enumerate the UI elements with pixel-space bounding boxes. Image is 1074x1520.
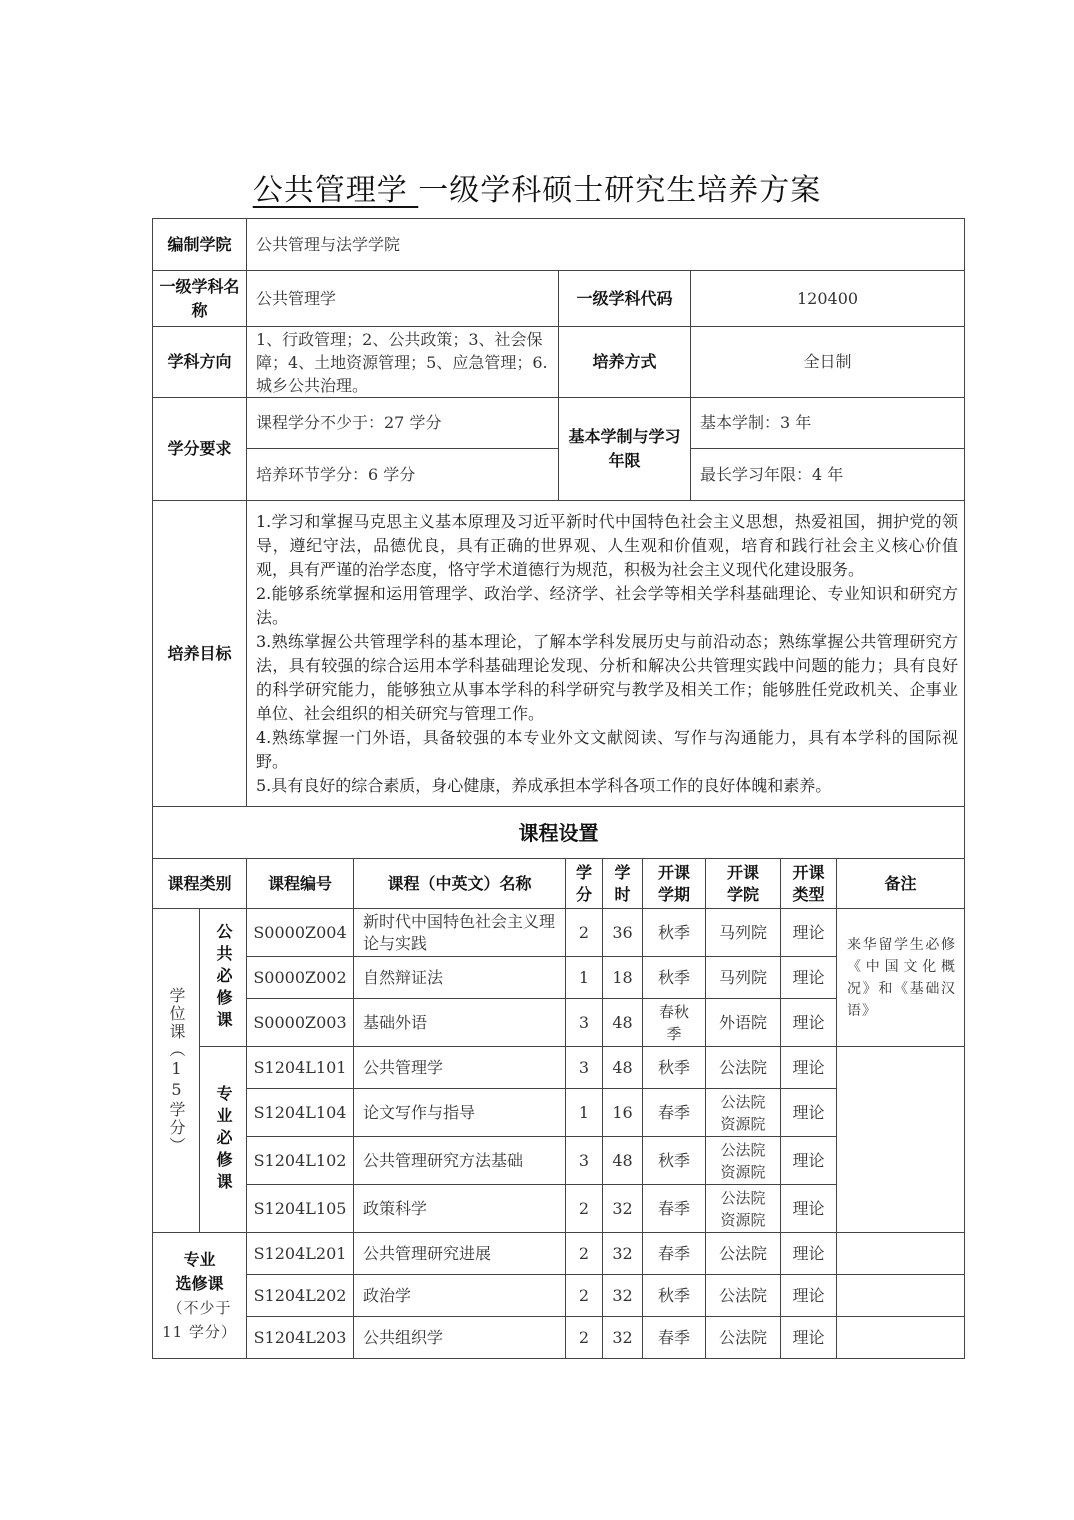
public-course-remark: 来华留学生必修《中国文化概况》和《基础汉语》 — [837, 909, 965, 1047]
public-required-label: 公共必修课 — [211, 918, 235, 1038]
course-type: 理论 — [781, 957, 837, 999]
course-type: 理论 — [781, 1089, 837, 1137]
course-term: 春季 — [643, 1089, 706, 1137]
course-college: 马列院 — [706, 957, 781, 999]
course-type: 理论 — [781, 1185, 837, 1233]
info-table: 编制学院 公共管理与法学学院 一级学科名称 公共管理学 一级学科代码 12040… — [152, 218, 965, 807]
course-college: 公法院 — [706, 1233, 781, 1275]
course-credit: 2 — [566, 1233, 603, 1275]
course-name: 公共管理研究方法基础 — [354, 1137, 566, 1185]
goal-item: 5.具有良好的综合素质，身心健康，养成承担本学科各项工作的良好体魄和素养。 — [247, 774, 964, 798]
course-hours: 32 — [603, 1317, 643, 1359]
discipline-name-value: 公共管理学 — [247, 271, 559, 327]
elective-label-line2: 选修课 — [153, 1272, 246, 1296]
discipline-code-value: 120400 — [691, 271, 965, 327]
degree-course-label: 学位课（15学分） — [164, 971, 188, 1171]
course-code: S1204L101 — [247, 1047, 354, 1089]
course-term: 春季 — [643, 1185, 706, 1233]
course-credit: 3 — [566, 1047, 603, 1089]
course-credit: 2 — [566, 1317, 603, 1359]
course-name: 自然辩证法 — [354, 957, 566, 999]
course-table: 课程设置 课程类别 课程编号 课程（中英文）名称 学分 学时 开课学期 开课学院… — [152, 806, 965, 1359]
duration-max-value: 最长学习年限：4 年 — [691, 449, 965, 501]
course-type: 理论 — [781, 909, 837, 957]
public-required-group: 公共必修课 — [200, 909, 247, 1047]
degree-course-group: 学位课（15学分） — [153, 909, 200, 1233]
course-code: S0000Z004 — [247, 909, 354, 957]
course-remark — [837, 1317, 965, 1359]
elective-group: 专业 选修课 （不少于11 学分） — [153, 1233, 247, 1359]
goal-item: 4.熟练掌握一门外语，具备较强的本专业外文文献阅读、写作与沟通能力，具有本学科的… — [247, 726, 964, 774]
college-value: 公共管理与法学学院 — [247, 219, 965, 271]
credit-training-value: 培养环节学分：6 学分 — [247, 449, 559, 501]
course-term: 秋季 — [643, 957, 706, 999]
course-name: 新时代中国特色社会主义理论与实践 — [354, 909, 566, 957]
header-category: 课程类别 — [153, 859, 247, 909]
course-college: 公法院 资源院 — [706, 1089, 781, 1137]
course-type: 理论 — [781, 1233, 837, 1275]
course-name: 基础外语 — [354, 999, 566, 1047]
course-code: S1204L203 — [247, 1317, 354, 1359]
course-credit: 3 — [566, 1137, 603, 1185]
course-name: 公共管理研究进展 — [354, 1233, 566, 1275]
header-hours: 学时 — [603, 859, 643, 909]
goals-content: 1.学习和掌握马克思主义基本原理及习近平新时代中国特色社会主义思想，热爱祖国，拥… — [247, 501, 965, 807]
course-type: 理论 — [781, 1047, 837, 1089]
credit-label: 学分要求 — [153, 398, 247, 501]
college-label: 编制学院 — [153, 219, 247, 271]
duration-label: 基本学制与学习年限 — [559, 398, 691, 501]
direction-value: 1、行政管理；2、公共政策；3、社会保障；4、土地资源管理；5、应急管理；6.城… — [247, 327, 559, 398]
course-credit: 3 — [566, 999, 603, 1047]
course-code: S1204L104 — [247, 1089, 354, 1137]
course-code: S1204L201 — [247, 1233, 354, 1275]
table-row: S1204L203 公共组织学 2 32 春季 公法院 理论 — [153, 1317, 965, 1359]
course-credit: 2 — [566, 1275, 603, 1317]
direction-label: 学科方向 — [153, 327, 247, 398]
course-code: S1204L202 — [247, 1275, 354, 1317]
course-type: 理论 — [781, 1275, 837, 1317]
header-name: 课程（中英文）名称 — [354, 859, 566, 909]
course-college: 马列院 — [706, 909, 781, 957]
elective-label-line1: 专业 — [153, 1248, 246, 1272]
header-code: 课程编号 — [247, 859, 354, 909]
course-credit: 1 — [566, 1089, 603, 1137]
course-code: S0000Z002 — [247, 957, 354, 999]
course-type: 理论 — [781, 999, 837, 1047]
major-required-remark — [837, 1047, 965, 1233]
header-term: 开课学期 — [643, 859, 706, 909]
course-hours: 18 — [603, 957, 643, 999]
course-college: 外语院 — [706, 999, 781, 1047]
mode-label: 培养方式 — [559, 327, 691, 398]
course-term: 春秋季 — [643, 999, 706, 1047]
course-type: 理论 — [781, 1317, 837, 1359]
course-remark — [837, 1275, 965, 1317]
elective-credit-note: （不少于11 学分） — [153, 1296, 246, 1344]
table-row: 专业 选修课 （不少于11 学分） S1204L201 公共管理研究进展 2 3… — [153, 1233, 965, 1275]
course-remark — [837, 1233, 965, 1275]
mode-value: 全日制 — [691, 327, 965, 398]
course-college: 公法院 资源院 — [706, 1185, 781, 1233]
table-row: S1204L202 政治学 2 32 秋季 公法院 理论 — [153, 1275, 965, 1317]
table-row: 学位课（15学分） 公共必修课 S0000Z004 新时代中国特色社会主义理论与… — [153, 909, 965, 957]
course-hours: 16 — [603, 1089, 643, 1137]
course-hours: 36 — [603, 909, 643, 957]
course-credit: 2 — [566, 909, 603, 957]
course-name: 政策科学 — [354, 1185, 566, 1233]
header-remark: 备注 — [837, 859, 965, 909]
duration-basic-value: 基本学制：3 年 — [691, 398, 965, 449]
header-type: 开课类型 — [781, 859, 837, 909]
course-name: 论文写作与指导 — [354, 1089, 566, 1137]
header-college: 开课学院 — [706, 859, 781, 909]
major-required-label: 专业必修课 — [211, 1080, 235, 1200]
course-code: S1204L102 — [247, 1137, 354, 1185]
goals-label: 培养目标 — [153, 501, 247, 807]
course-hours: 32 — [603, 1275, 643, 1317]
course-term: 秋季 — [643, 1275, 706, 1317]
course-code: S1204L105 — [247, 1185, 354, 1233]
table-row: 专业必修课 S1204L101 公共管理学 3 48 秋季 公法院 理论 — [153, 1047, 965, 1089]
course-college: 公法院 — [706, 1275, 781, 1317]
section-title: 课程设置 — [153, 807, 965, 859]
course-college: 公法院 — [706, 1047, 781, 1089]
discipline-code-label: 一级学科代码 — [559, 271, 691, 327]
course-term: 秋季 — [643, 909, 706, 957]
course-hours: 32 — [603, 1233, 643, 1275]
course-college: 公法院 — [706, 1317, 781, 1359]
course-code: S0000Z003 — [247, 999, 354, 1047]
course-name: 公共组织学 — [354, 1317, 566, 1359]
course-hours: 48 — [603, 1137, 643, 1185]
goal-item: 1.学习和掌握马克思主义基本原理及习近平新时代中国特色社会主义思想，热爱祖国，拥… — [247, 510, 964, 582]
title-discipline: 公共管理学 — [253, 173, 419, 208]
page-title: 公共管理学 一级学科硕士研究生培养方案 — [0, 165, 1074, 209]
course-hours: 32 — [603, 1185, 643, 1233]
course-credit: 1 — [566, 957, 603, 999]
course-term: 春季 — [643, 1317, 706, 1359]
course-name: 公共管理学 — [354, 1047, 566, 1089]
title-suffix: 一级学科硕士研究生培养方案 — [418, 173, 821, 208]
course-term: 秋季 — [643, 1137, 706, 1185]
major-required-group: 专业必修课 — [200, 1047, 247, 1233]
course-term: 秋季 — [643, 1047, 706, 1089]
credit-course-value: 课程学分不少于：27 学分 — [247, 398, 559, 449]
goal-item: 2.能够系统掌握和运用管理学、政治学、经济学、社会学等相关学科基础理论、专业知识… — [247, 582, 964, 630]
header-credit: 学分 — [566, 859, 603, 909]
discipline-name-label: 一级学科名称 — [153, 271, 247, 327]
course-name: 政治学 — [354, 1275, 566, 1317]
goal-item: 3.熟练掌握公共管理学科的基本理论，了解本学科发展历史与前沿动态；熟练掌握公共管… — [247, 630, 964, 726]
course-hours: 48 — [603, 999, 643, 1047]
course-college: 公法院 资源院 — [706, 1137, 781, 1185]
course-hours: 48 — [603, 1047, 643, 1089]
course-type: 理论 — [781, 1137, 837, 1185]
course-credit: 2 — [566, 1185, 603, 1233]
course-term: 春季 — [643, 1233, 706, 1275]
